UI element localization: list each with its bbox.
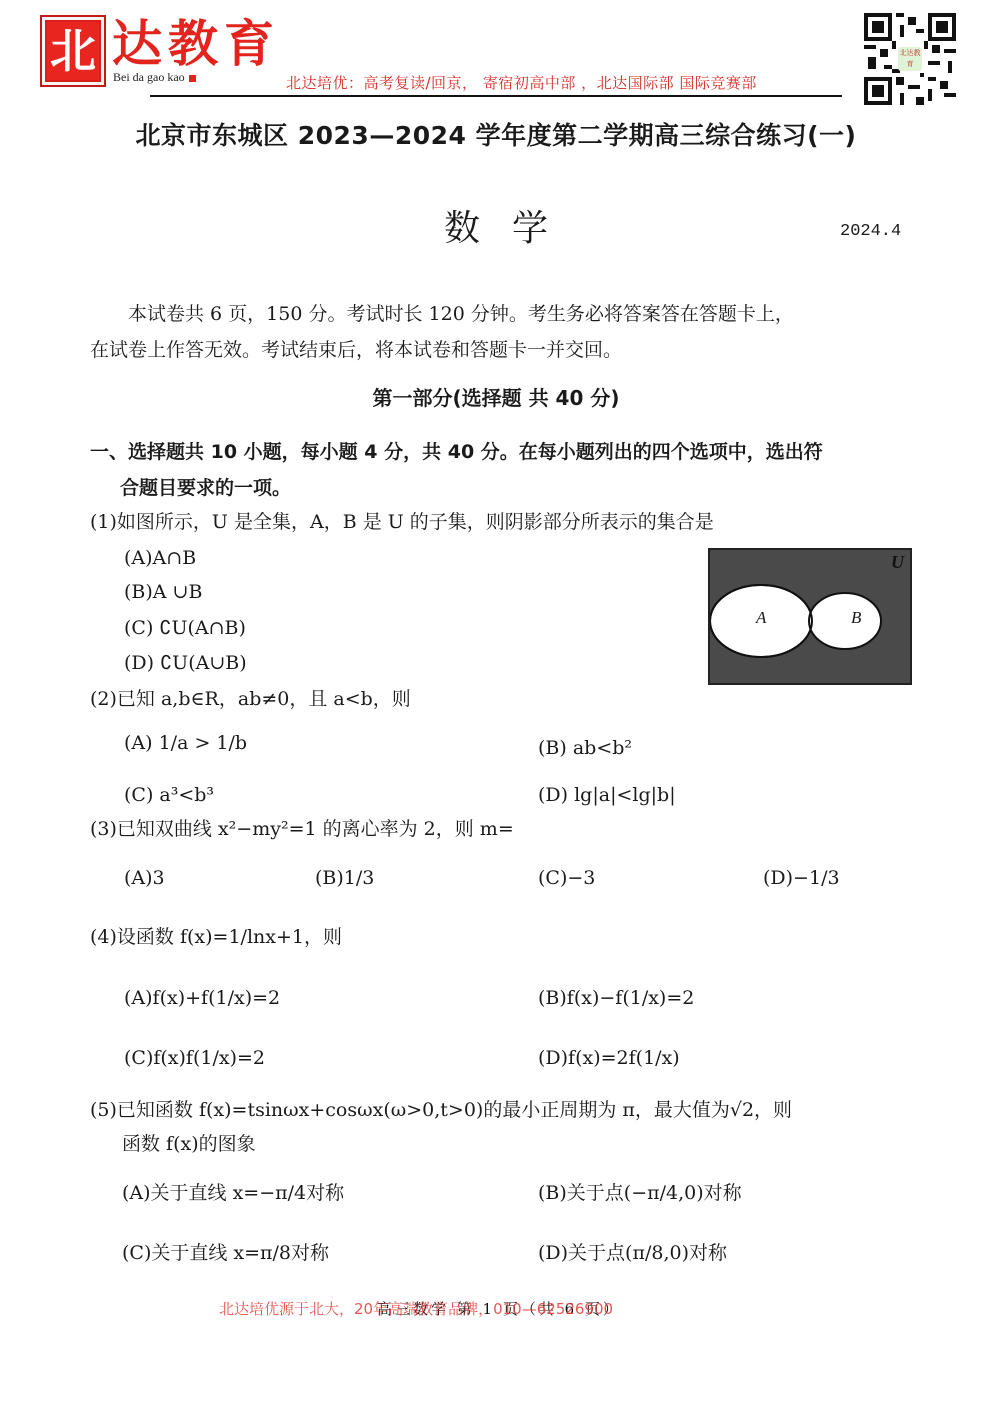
- qr-center-badge: 北达教育: [898, 47, 922, 71]
- question-3-stem: (3)已知双曲线 x²−my²=1 的离心率为 2，则 m=: [90, 814, 514, 844]
- section-instructions-1: 一、选择题共 10 小题，每小题 4 分，共 40 分。在每小题列出的四个选项中…: [90, 434, 823, 470]
- brand-logo: 北: [40, 15, 106, 87]
- exam-date: 2024.4: [840, 222, 901, 241]
- question-2-option-b: (B) ab<b²: [538, 733, 632, 763]
- venn-diagram: U A B: [708, 548, 912, 685]
- question-2-option-d: (D) lg|a|<lg|b|: [538, 780, 676, 810]
- question-4-stem: (4)设函数 f(x)=1/lnx+1，则: [90, 922, 342, 952]
- header-divider: [150, 95, 842, 97]
- question-2-option-a: (A) 1/a > 1/b: [124, 728, 247, 758]
- section-instructions-2: 合题目要求的一项。: [120, 470, 291, 506]
- question-2-stem: (2)已知 a,b∈R，ab≠0，且 a<b，则: [90, 684, 411, 714]
- red-square-icon: [189, 75, 196, 82]
- instructions-line-2: 在试卷上作答无效。考试结束后，将本试卷和答题卡一并交回。: [90, 332, 622, 368]
- part-heading: 第一部分(选择题 共 40 分): [0, 382, 992, 411]
- footer-watermark: 北达培优源于北大，20年高端教育品牌，010—62526900: [219, 1298, 613, 1319]
- question-1-option-b: (B)A ∪B: [124, 577, 202, 607]
- question-5-stem-line-2: 函数 f(x)的图象: [122, 1129, 256, 1159]
- logo-mark: 北: [42, 17, 104, 85]
- question-3-option-a: (A)3: [124, 863, 165, 893]
- question-4-option-c: (C)f(x)f(1/x)=2: [124, 1043, 265, 1073]
- question-4-option-d: (D)f(x)=2f(1/x): [538, 1043, 680, 1073]
- set-a-label: A: [756, 608, 766, 628]
- set-b-label: B: [851, 608, 861, 628]
- question-4-option-a: (A)f(x)+f(1/x)=2: [124, 983, 280, 1013]
- question-1-stem: (1)如图所示，U 是全集，A，B 是 U 的子集，则阴影部分所表示的集合是: [90, 507, 714, 537]
- universe-label: U: [891, 552, 904, 573]
- exam-title: 北京市东城区 2023—2024 学年度第二学期高三综合练习(一): [0, 116, 992, 152]
- question-1-option-a: (A)A∩B: [124, 543, 196, 573]
- question-1-option-c: (C) ∁U(A∩B): [124, 613, 246, 643]
- brand-subtitle: Bei da gao kao: [113, 70, 196, 85]
- promo-banner: 北达培优：高考复读/回京， 寄宿初高中部 ，北达国际部 国际竞赛部: [286, 72, 757, 93]
- instructions-line-1: 本试卷共 6 页，150 分。考试时长 120 分钟。考生务必将答案答在答题卡上…: [128, 296, 794, 332]
- brand-name: 达教育: [112, 14, 280, 74]
- qr-code-icon: 北达教育: [864, 13, 956, 105]
- question-3-option-c: (C)−3: [538, 863, 595, 893]
- question-5-option-a: (A)关于直线 x=−π/4对称: [122, 1178, 344, 1208]
- question-5-option-c: (C)关于直线 x=π/8对称: [122, 1238, 329, 1268]
- question-5-stem: (5)已知函数 f(x)=tsinωx+cosωx(ω>0,t>0)的最小正周期…: [90, 1095, 792, 1125]
- question-1-option-d: (D) ∁U(A∪B): [124, 648, 247, 678]
- question-3-option-b: (B)1/3: [315, 863, 374, 893]
- question-2-option-c: (C) a³<b³: [124, 780, 214, 810]
- question-3-option-d: (D)−1/3: [763, 863, 840, 893]
- question-5-option-b: (B)关于点(−π/4,0)对称: [538, 1178, 742, 1208]
- question-5-option-d: (D)关于点(π/8,0)对称: [538, 1238, 727, 1268]
- question-4-option-b: (B)f(x)−f(1/x)=2: [538, 983, 694, 1013]
